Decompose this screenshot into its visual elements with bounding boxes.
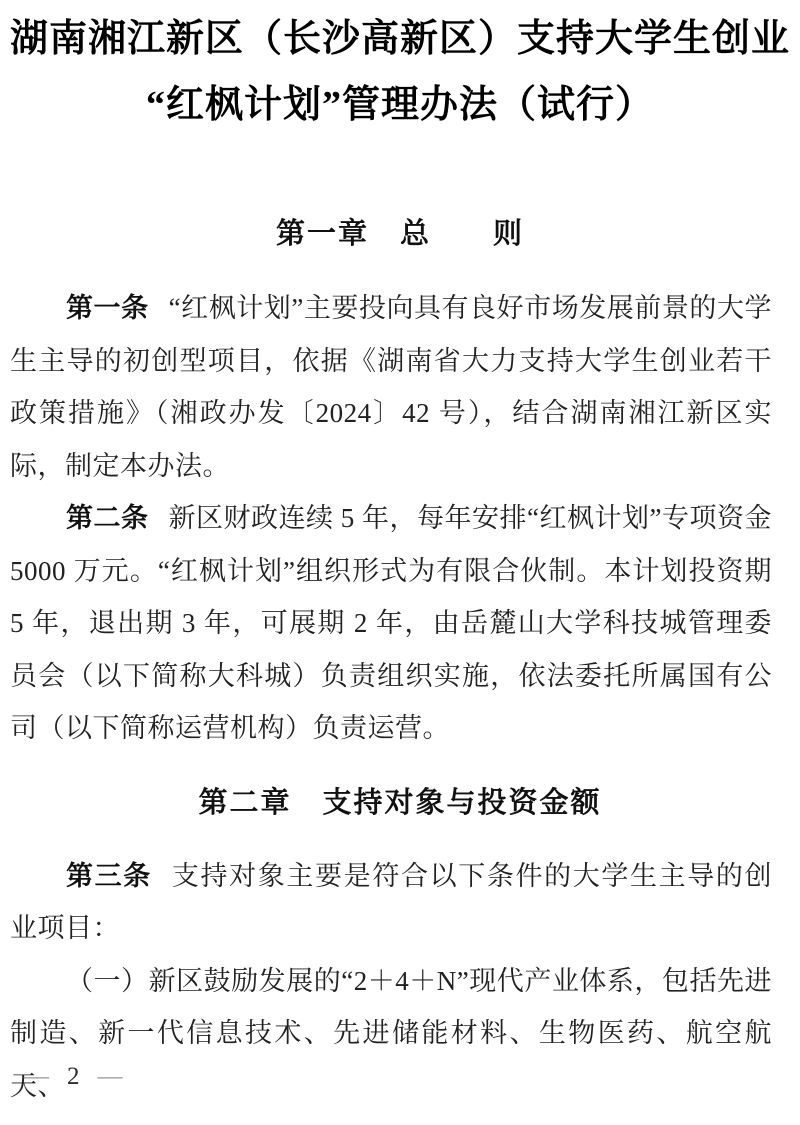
page-number-left-dash: —: [24, 1063, 49, 1090]
article-3-paragraph: 第三条支持对象主要是符合以下条件的大学生主导的创业项目：: [10, 850, 772, 955]
page-number-value: 2: [67, 1063, 80, 1090]
article-2-label: 第二条: [66, 503, 149, 533]
article-1-paragraph: 第一条“红枫计划”主要投向具有良好市场发展前景的大学生主导的初创型项目，依据《湖…: [10, 282, 772, 492]
list-item-1-paragraph: （一）新区鼓励发展的“2＋4＋N”现代产业体系，包括先进制造、新一代信息技术、先…: [10, 955, 772, 1113]
page-number-right-dash: —: [98, 1063, 123, 1090]
article-3-label: 第三条: [66, 861, 152, 891]
article-2-text: 新区财政连续 5 年，每年安排“红枫计划”专项资金 5000 万元。“红枫计划”…: [10, 503, 772, 743]
article-2-paragraph: 第二条新区财政连续 5 年，每年安排“红枫计划”专项资金 5000 万元。“红枫…: [10, 492, 772, 755]
chapter-2-heading: 第二章 支持对象与投资金额: [0, 787, 800, 819]
document-body: 第一条“红枫计划”主要投向具有良好市场发展前景的大学生主导的初创型项目，依据《湖…: [0, 282, 800, 755]
article-1-label: 第一条: [66, 293, 149, 323]
document-title-line1: 湖南湘江新区（长沙高新区）支持大学生创业: [0, 6, 800, 72]
document-title: 湖南湘江新区（长沙高新区）支持大学生创业 “红枫计划”管理办法（试行）: [0, 0, 800, 138]
page-number: —2—: [24, 1062, 123, 1092]
document-page: 湖南湘江新区（长沙高新区）支持大学生创业 “红枫计划”管理办法（试行） 第一章 …: [0, 0, 800, 1125]
chapter-1-heading: 第一章 总 则: [0, 218, 800, 250]
list-item-1-text: （一）新区鼓励发展的“2＋4＋N”现代产业体系，包括先进制造、新一代信息技术、先…: [10, 966, 772, 1101]
document-title-line2: “红枫计划”管理办法（试行）: [0, 72, 800, 138]
